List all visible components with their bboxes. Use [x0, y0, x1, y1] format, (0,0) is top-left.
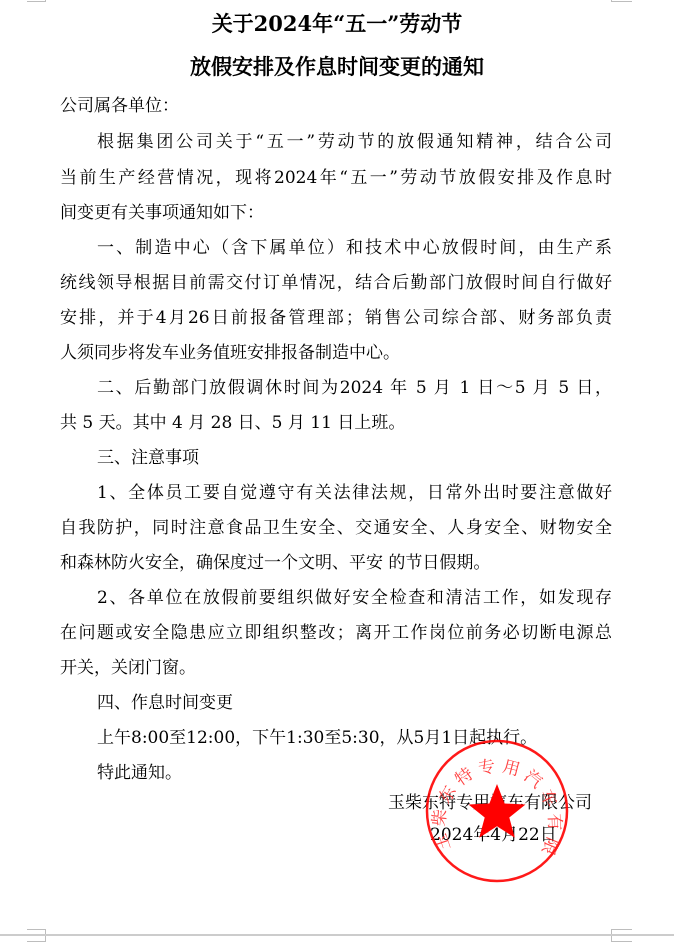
document-page: 关于2024年“五一”劳动节 放假安排及作息时间变更的通知 公司属各单位： 根据…: [0, 0, 674, 935]
section1-line: 人须同步将发车业务值班安排报备制造中心。: [60, 342, 612, 364]
section1-line: 安排，并于4月26日前报备管理部；销售公司综合部、财务部负责: [60, 307, 612, 329]
intro-line: 根据集团公司关于“五一”劳动节的放假通知精神，结合公司: [97, 131, 612, 153]
page-break-divider: [0, 934, 674, 936]
intro-line: 间变更有关事项通知如下：: [60, 202, 612, 224]
section3-item2-line: 开关，关闭门窗。: [60, 657, 612, 679]
signature-company: 玉柴东特专用汽车有限公司: [388, 788, 592, 813]
section1-line: 一、制造中心（含下属单位）和技术中心放假时间，由生产系: [97, 237, 612, 259]
section3-item1-line: 1、全体员工要自觉遵守有关法律法规，日常外出时要注意做好: [97, 482, 612, 504]
crop-mark-top-left: [27, 0, 46, 2]
section2-line: 二、后勤部门放假调休时间为2024 年 5 月 1 日～5 月 5 日，: [97, 377, 612, 399]
section3-item1-line: 和森林防火安全，确保度过一个文明、平安 的节日假期。: [60, 552, 612, 574]
section3-item1-line: 自我防护，同时注意食品卫生安全、交通安全、人身安全、财物安全: [60, 517, 612, 539]
section4-heading: 四、作息时间变更: [97, 692, 612, 714]
title-line-2: 放假安排及作息时间变更的通知: [0, 51, 674, 81]
intro-line: 当前生产经营情况，现将2024年“五一”劳动节放假安排及作息时: [60, 167, 612, 189]
section3-heading: 三、注意事项: [97, 447, 612, 469]
closing-text: 特此通知。: [97, 762, 612, 784]
salutation: 公司属各单位：: [60, 95, 612, 117]
section4-body: 上午8:00至12:00，下午1:30至5:30，从5月1日起执行。: [97, 727, 612, 749]
section3-item2-line: 在问题或安全隐患应立即组织整改；离开工作岗位前务必切断电源总: [60, 622, 612, 644]
crop-mark-top-right: [611, 0, 632, 2]
section2-line: 共 5 天。其中 4 月 28 日、5 月 11 日上班。: [60, 412, 612, 434]
section1-line: 统线领导根据目前需交付订单情况，结合后勤部门放假时间自行做好: [60, 272, 612, 294]
title-line-1: 关于2024年“五一”劳动节: [0, 8, 674, 38]
section3-item2-line: 2、各单位在放假前要组织做好安全检查和清洁工作，如发现存: [97, 587, 612, 609]
signature-date: 2024年4月22日: [430, 820, 557, 845]
